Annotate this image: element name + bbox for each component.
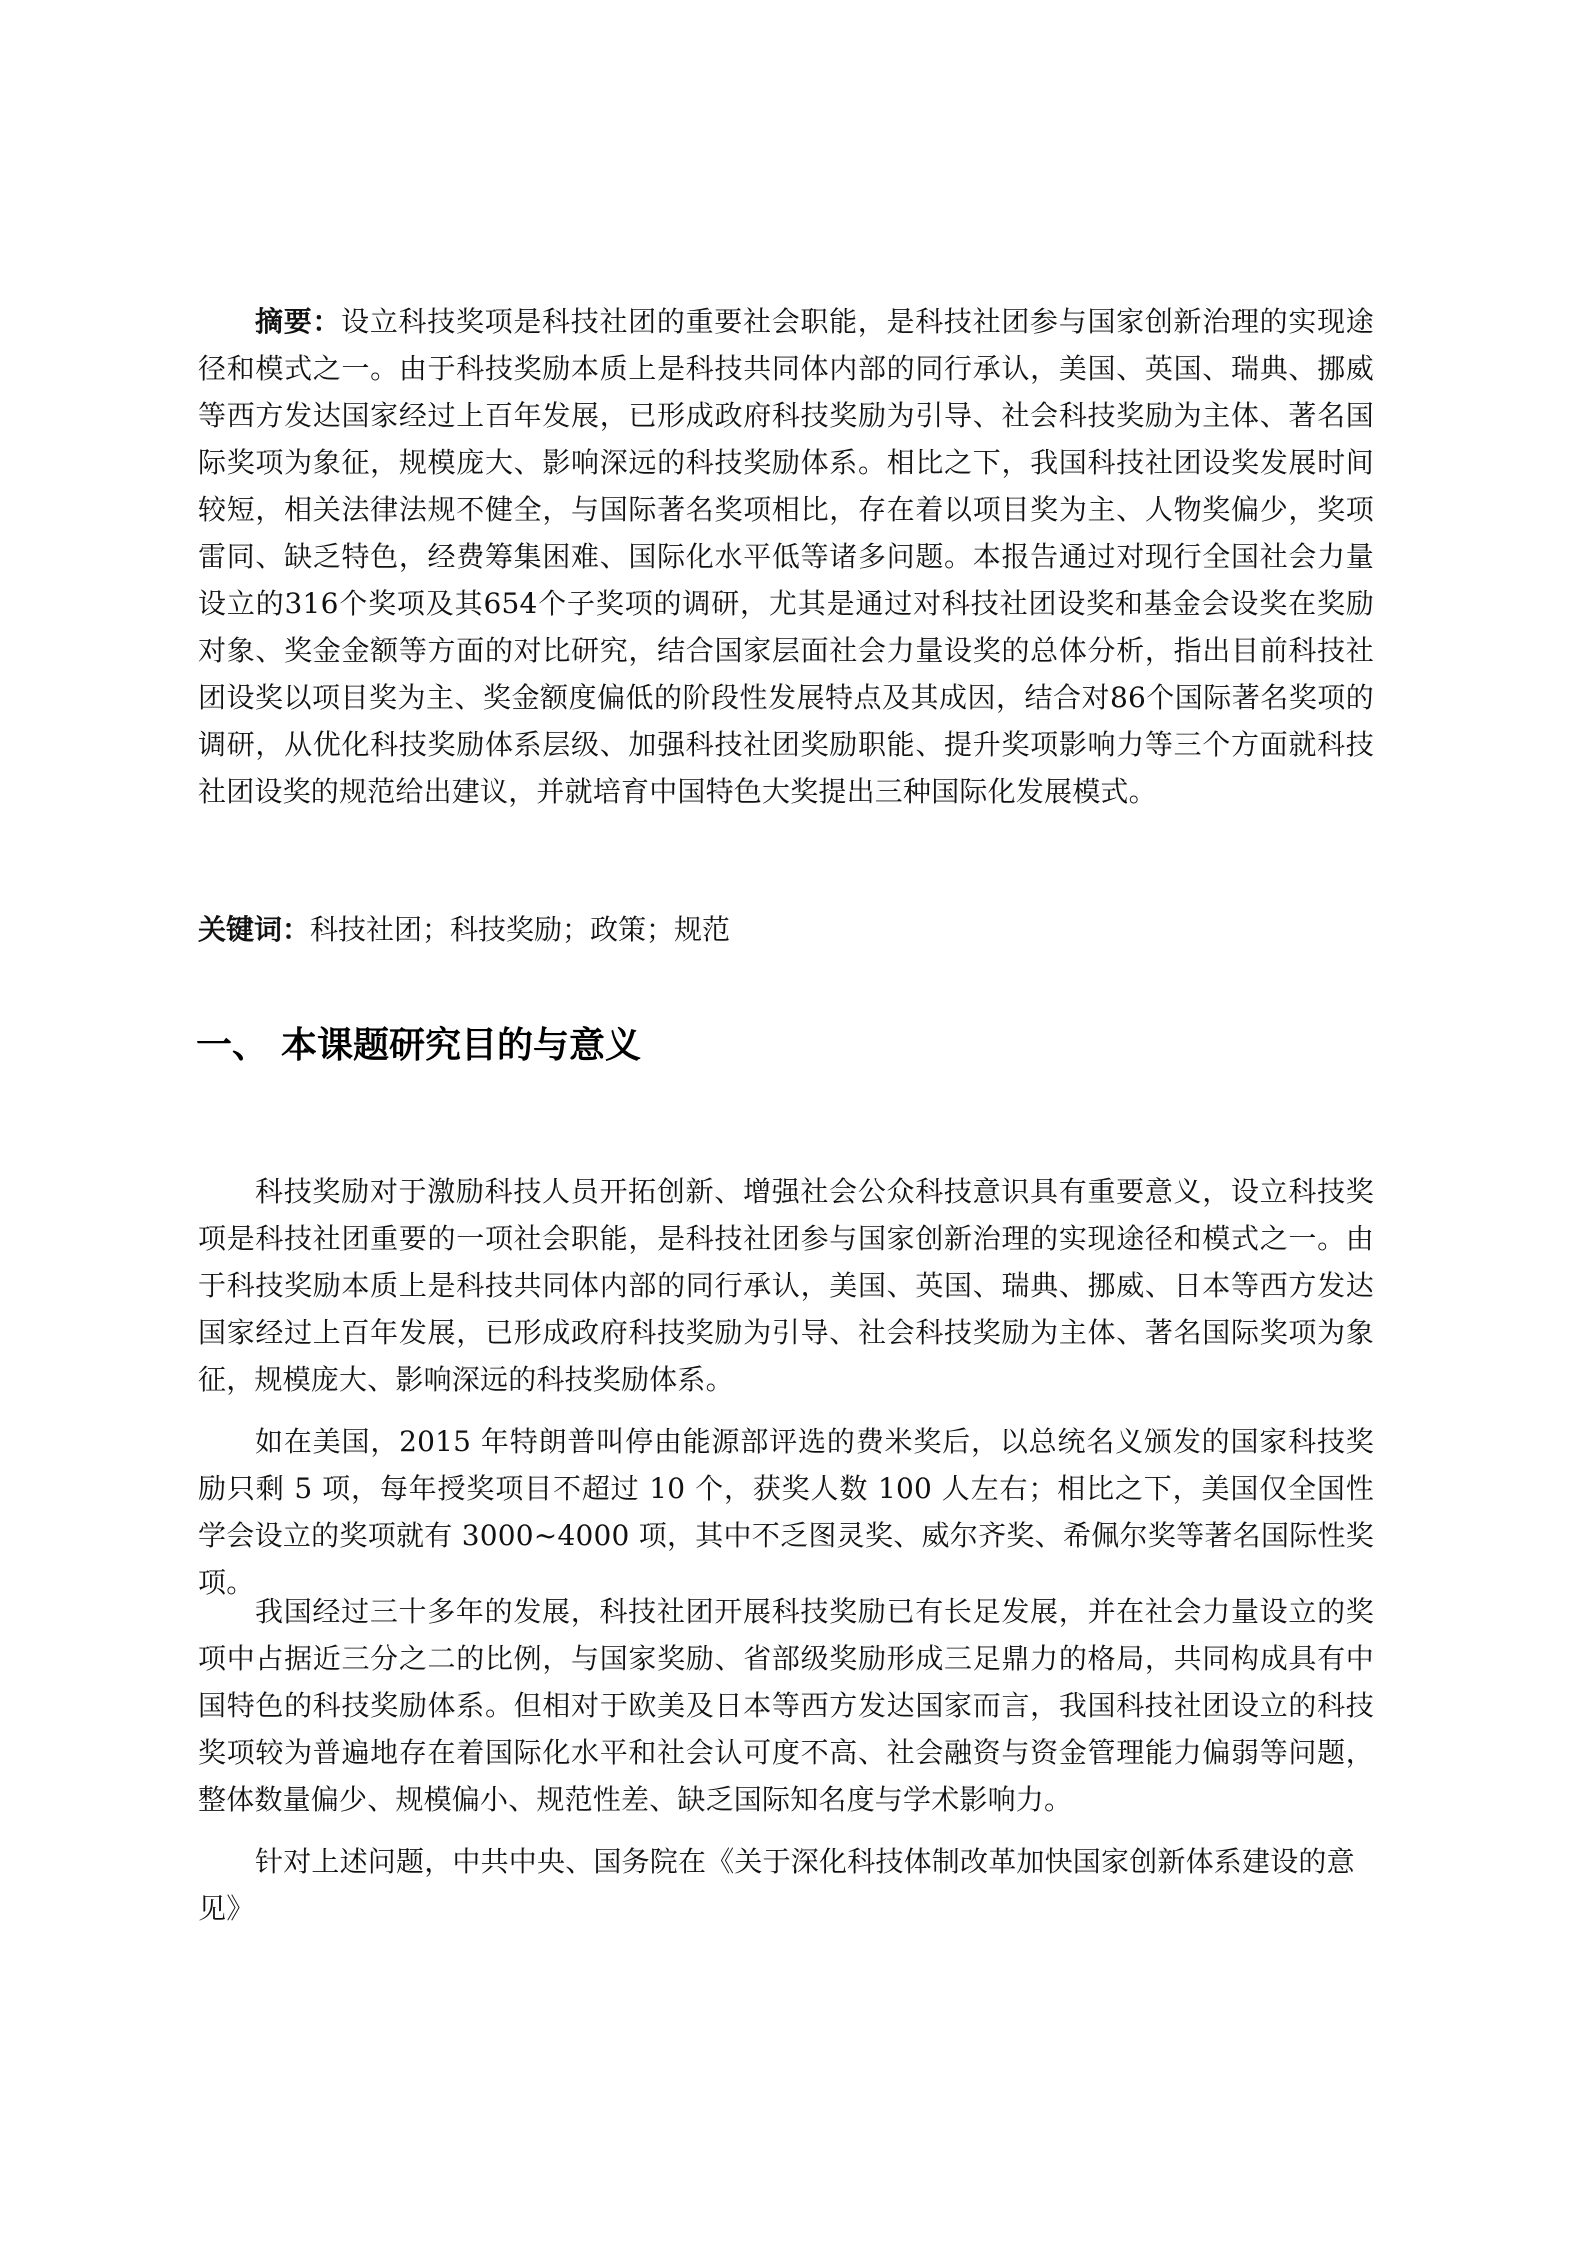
keywords-text: 科技社团；科技奖励；政策；规范 [310, 913, 730, 946]
abstract-text: 设立科技奖项是科技社团的重要社会职能，是科技社团参与国家创新治理的实现途径和模式… [198, 305, 1374, 808]
section-title: 本课题研究目的与意义 [281, 1025, 641, 1066]
body-paragraph-3: 我国经过三十多年的发展，科技社团开展科技奖励已有长足发展，并在社会力量设立的奖项… [198, 1588, 1374, 1823]
body-paragraph-2: 如在美国，2015 年特朗普叫停由能源部评选的费米奖后，以总统名义颁发的国家科技… [198, 1418, 1374, 1606]
section-number: 一、 [196, 1022, 281, 1070]
body-paragraph-4: 针对上述问题，中共中央、国务院在《关于深化科技体制改革加快国家创新体系建设的意见… [198, 1838, 1374, 1932]
keywords-line: 关键词：科技社团；科技奖励；政策；规范 [198, 906, 730, 953]
abstract-label: 摘要： [255, 305, 341, 338]
section-heading: 一、本课题研究目的与意义 [196, 1022, 641, 1070]
keywords-label: 关键词： [198, 913, 310, 946]
abstract-paragraph: 摘要：设立科技奖项是科技社团的重要社会职能，是科技社团参与国家创新治理的实现途径… [198, 298, 1374, 815]
body-paragraph-1: 科技奖励对于激励科技人员开拓创新、增强社会公众科技意识具有重要意义，设立科技奖项… [198, 1168, 1374, 1403]
